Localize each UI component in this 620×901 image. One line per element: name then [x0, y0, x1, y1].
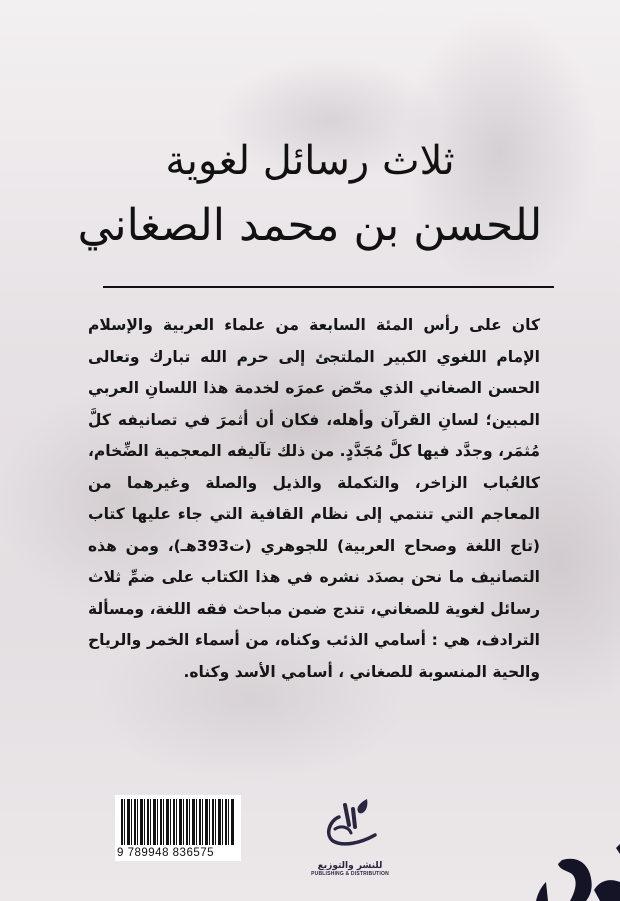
title-divider	[103, 286, 554, 288]
isbn-number: 9 789948 836575	[117, 847, 239, 859]
barcode-icon	[121, 799, 235, 845]
publisher-english-tagline: PUBLISHING & DISTRIBUTION	[310, 871, 390, 877]
back-cover-description: كان على رأس المئة السابعة من علماء العرب…	[88, 310, 540, 688]
decorative-calligraphy-icon	[520, 830, 620, 901]
book-author-title: للحسن بن محمد الصغاني	[0, 200, 620, 251]
publisher-arabic-tagline: للنشر والتوزيع	[310, 861, 390, 871]
isbn-barcode: 9 789948 836575	[115, 795, 241, 861]
malameh-calligraphy-logo-icon	[315, 795, 385, 855]
book-title: ثلاث رسائل لغوية	[0, 138, 620, 184]
publisher-logo: للنشر والتوزيع PUBLISHING & DISTRIBUTION	[310, 795, 390, 885]
